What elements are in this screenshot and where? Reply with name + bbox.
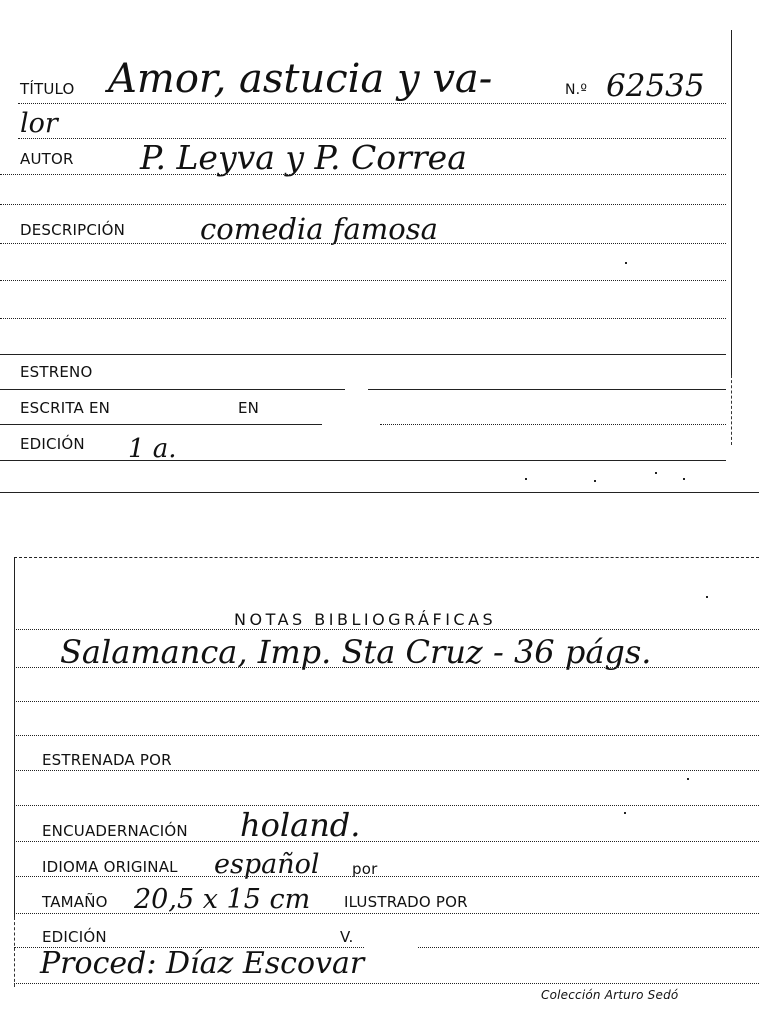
notas-line-1: [14, 629, 759, 630]
descripcion-top-line: [0, 204, 726, 205]
notas-line-3: [14, 701, 759, 702]
escrita-en-line-right: [380, 424, 726, 425]
estrenada-por-label: ESTRENADA POR: [42, 751, 172, 769]
speck: [687, 778, 689, 780]
blank-line-4: [14, 805, 759, 806]
speck: [655, 472, 657, 474]
collection-stamp: Colección Arturo Sedó: [541, 988, 678, 1002]
titulo-value: Amor, astucia y va-: [108, 56, 492, 102]
procedencia-line: [14, 983, 759, 984]
card-border-left: [14, 557, 15, 917]
card-border-right: [731, 30, 732, 375]
notas-heading: NOTAS BIBLIOGRÁFICAS: [234, 610, 496, 629]
descripcion-value: comedia famosa: [200, 212, 438, 246]
encuadernacion-label: ENCUADERNACIÓN: [42, 822, 188, 840]
notas-value: Salamanca, Imp. Sta Cruz - 36 págs.: [60, 633, 651, 671]
card-border-right-lower: [731, 375, 732, 445]
numero-value: 62535: [606, 68, 705, 104]
estreno-label: ESTRENO: [20, 363, 93, 381]
estreno-line-right: [368, 389, 726, 390]
card-separator: [0, 492, 759, 493]
speck: [683, 478, 685, 480]
tamano-value: 20,5 x 15 cm: [134, 884, 310, 915]
card-border-left-lower: [14, 917, 15, 987]
idioma-original-label: IDIOMA ORIGINAL: [42, 858, 178, 876]
escrita-en-label: ESCRITA EN: [20, 399, 110, 417]
titulo-continuation: lor: [20, 108, 58, 139]
procedencia-value: Proced: Díaz Escovar: [40, 946, 364, 981]
escrita-en-line-left: [0, 424, 322, 425]
edicion-label: EDICIÓN: [20, 435, 85, 453]
speck: [706, 596, 708, 598]
tamano-line: [14, 913, 759, 914]
ilustrado-por-label: ILUSTRADO POR: [344, 893, 468, 911]
speck: [525, 478, 527, 480]
blank-line-2: [0, 318, 726, 319]
speck: [625, 262, 627, 264]
speck: [624, 812, 626, 814]
estrenada-por-line: [14, 770, 759, 771]
autor-line: [0, 174, 726, 175]
notas-line-4: [14, 735, 759, 736]
card-border-top: [14, 557, 759, 558]
blank-line-3: [0, 354, 726, 355]
edicion-v-label: V.: [340, 928, 354, 946]
titulo-line: [18, 103, 726, 104]
edicion-bottom-label: EDICIÓN: [42, 928, 107, 946]
edicion-line: [0, 460, 726, 461]
titulo-label: TÍTULO: [20, 80, 75, 98]
autor-value: P. Leyva y P. Correa: [140, 138, 467, 177]
blank-line-1: [0, 280, 726, 281]
escrita-en-en-label: EN: [238, 399, 259, 417]
numero-label: N.º: [565, 82, 587, 98]
speck: [594, 480, 596, 482]
autor-label: AUTOR: [20, 150, 74, 168]
descripcion-line: [0, 243, 726, 244]
idioma-original-line: [14, 876, 759, 877]
edicion-bottom-line-right: [418, 947, 759, 948]
tamano-label: TAMAÑO: [42, 893, 108, 911]
notas-line-2: [14, 667, 759, 668]
encuadernacion-line: [14, 841, 759, 842]
descripcion-label: DESCRIPCIÓN: [20, 221, 125, 239]
estreno-line-left: [0, 389, 345, 390]
encuadernacion-value: holand.: [240, 806, 360, 844]
